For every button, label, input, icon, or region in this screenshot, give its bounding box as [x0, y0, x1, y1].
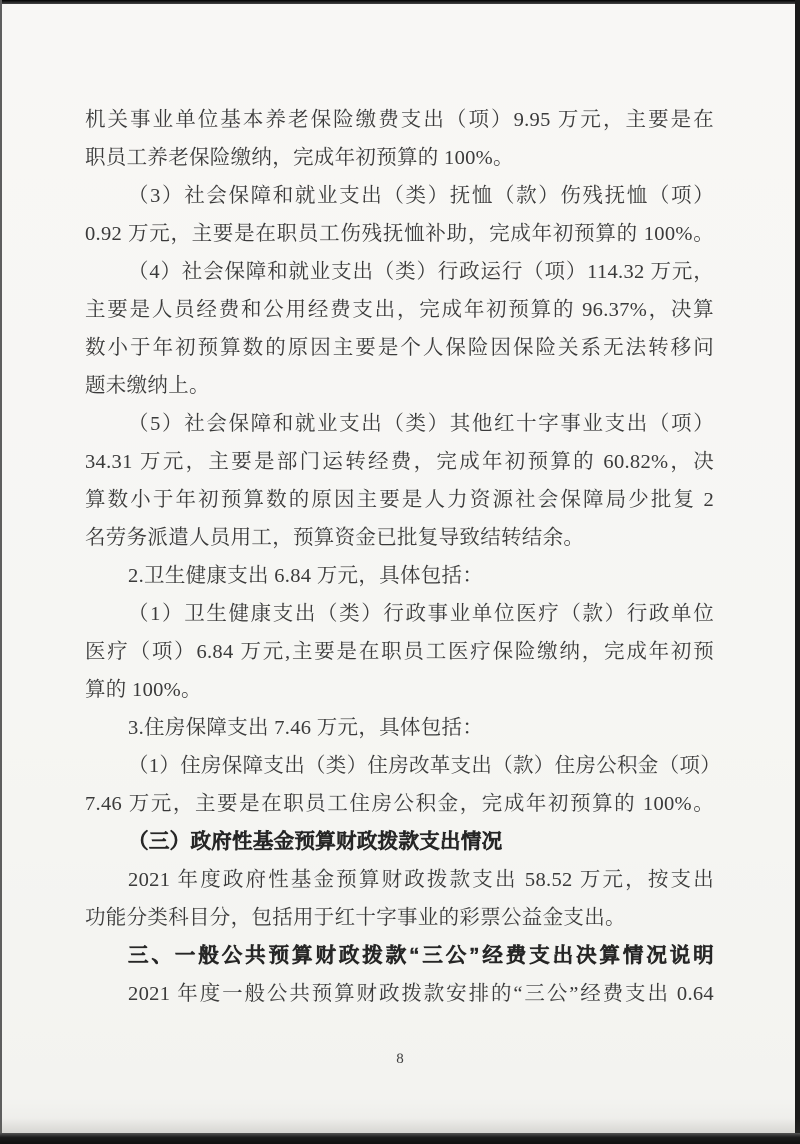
- text-line: （1）卫生健康支出（类）行政事业单位医疗（款）行政单位: [85, 595, 714, 633]
- text-line: 2021 年度政府性基金预算财政拨款支出 58.52 万元，按支出: [85, 861, 714, 899]
- text-line: 功能分类科目分，包括用于红十字事业的彩票公益金支出。: [85, 899, 714, 937]
- scanned-document-page: 机关事业单位基本养老保险缴费支出（项）9.95 万元，主要是在职员工养老保险缴纳…: [0, 0, 800, 1144]
- text-line: 34.31 万元，主要是部门运转经费，完成年初预算的 60.82%，决: [85, 443, 714, 481]
- scan-edge-left: [0, 0, 2, 1144]
- text-line: （3）社会保障和就业支出（类）抚恤（款）伤残抚恤（项）: [85, 177, 714, 215]
- heading-line: 三、一般公共预算财政拨款“三公”经费支出决算情况说明: [85, 937, 714, 975]
- page-number: 8: [0, 1049, 800, 1069]
- heading-line: （三）政府性基金预算财政拨款支出情况: [85, 823, 714, 861]
- text-line: 0.92 万元，主要是在职员工伤残抚恤补助，完成年初预算的 100%。: [85, 215, 714, 253]
- scan-shadow-band: [0, 1118, 800, 1133]
- text-line: 数小于年初预算数的原因主要是个人保险因保险关系无法转移问: [85, 329, 714, 367]
- text-line: 3.住房保障支出 7.46 万元，具体包括：: [85, 709, 714, 747]
- scan-edge-top: [0, 0, 800, 4]
- text-line: 算数小于年初预算数的原因主要是人力资源社会保障局少批复 2: [85, 481, 714, 519]
- text-line: 机关事业单位基本养老保险缴费支出（项）9.95 万元，主要是在: [85, 101, 714, 139]
- text-line: （4）社会保障和就业支出（类）行政运行（项）114.32 万元，: [85, 253, 714, 291]
- text-line: 主要是人员经费和公用经费支出，完成年初预算的 96.37%，决算: [85, 291, 714, 329]
- text-line: （5）社会保障和就业支出（类）其他红十字事业支出（项）: [85, 405, 714, 443]
- text-line: 7.46 万元，主要是在职员工住房公积金，完成年初预算的 100%。: [85, 785, 714, 823]
- text-line: 医疗（项）6.84 万元,主要是在职员工医疗保险缴纳，完成年初预: [85, 633, 714, 671]
- text-line: （1）住房保障支出（类）住房改革支出（款）住房公积金（项）: [85, 747, 714, 785]
- text-line: 2021 年度一般公共预算财政拨款安排的“三公”经费支出 0.64: [85, 975, 714, 1013]
- text-line: 职员工养老保险缴纳，完成年初预算的 100%。: [85, 139, 714, 177]
- scan-edge-bottom: [0, 1133, 800, 1144]
- text-line: 2.卫生健康支出 6.84 万元，具体包括：: [85, 557, 714, 595]
- text-line: 名劳务派遣人员用工，预算资金已批复导致结转结余。: [85, 519, 714, 557]
- scan-edge-right: [795, 0, 800, 1144]
- text-line: 算的 100%。: [85, 671, 714, 709]
- text-line: 题未缴纳上。: [85, 367, 714, 405]
- document-body: 机关事业单位基本养老保险缴费支出（项）9.95 万元，主要是在职员工养老保险缴纳…: [85, 101, 714, 1013]
